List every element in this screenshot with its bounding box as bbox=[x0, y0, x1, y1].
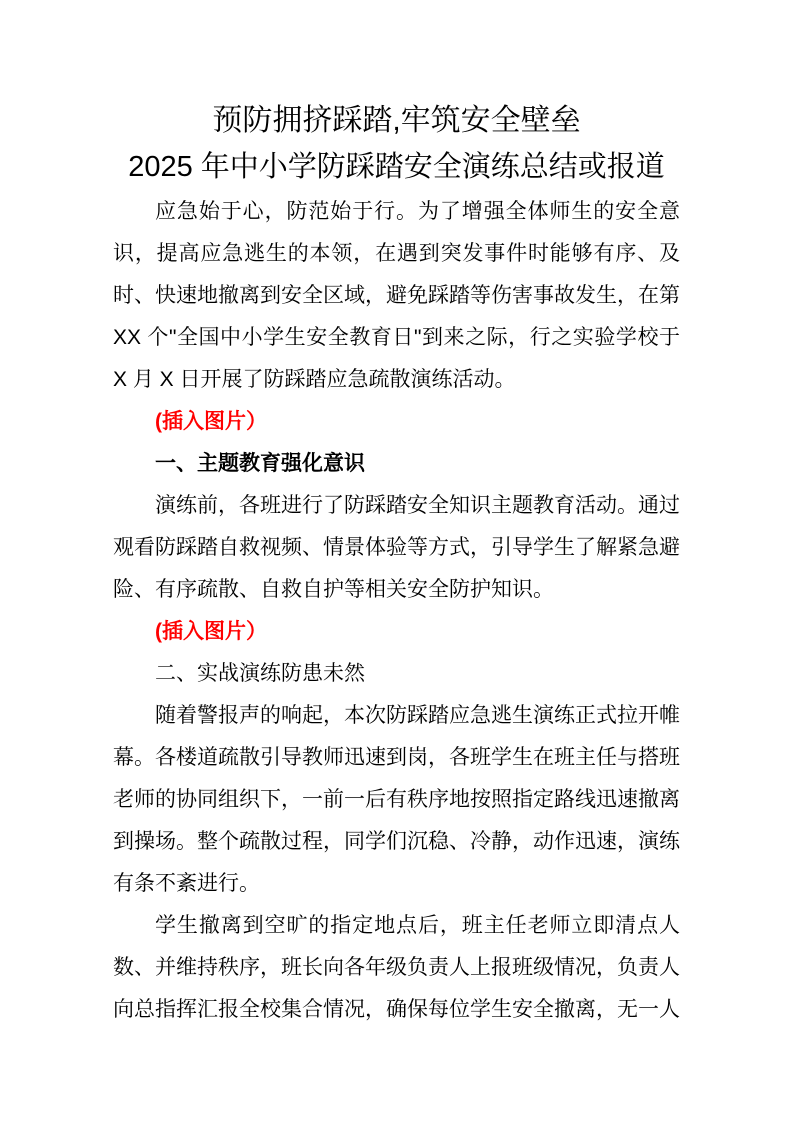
section-heading-2: 二、实战演练防患未然 bbox=[113, 653, 680, 695]
section-heading-1: 一、主题教育强化意识 bbox=[113, 443, 680, 485]
document-content: 预防拥挤踩踏,牢筑安全壁垒 2025 年中小学防踩踏安全演练总结或报道 应急始于… bbox=[0, 0, 793, 1031]
insert-image-placeholder-1: (插入图片） bbox=[113, 401, 680, 443]
document-title: 预防拥挤踩踏,牢筑安全壁垒 bbox=[113, 97, 680, 144]
paragraph-section2-2: 学生撤离到空旷的指定地点后，班主任老师立即清点人数、并维持秩序，班长向各年级负责… bbox=[113, 905, 680, 1031]
document-page: 预防拥挤踩踏,牢筑安全壁垒 2025 年中小学防踩踏安全演练总结或报道 应急始于… bbox=[0, 0, 793, 1122]
paragraph-intro: 应急始于心，防范始于行。为了增强全体师生的安全意识，提高应急逃生的本领，在遇到突… bbox=[113, 191, 680, 401]
document-subtitle: 2025 年中小学防踩踏安全演练总结或报道 bbox=[113, 144, 680, 191]
paragraph-section2-1: 随着警报声的响起，本次防踩踏应急逃生演练正式拉开帷幕。各楼道疏散引导教师迅速到岗… bbox=[113, 695, 680, 905]
paragraph-section1: 演练前，各班进行了防踩踏安全知识主题教育活动。通过观看防踩踏自救视频、情景体验等… bbox=[113, 485, 680, 611]
insert-image-placeholder-2: (插入图片） bbox=[113, 611, 680, 653]
